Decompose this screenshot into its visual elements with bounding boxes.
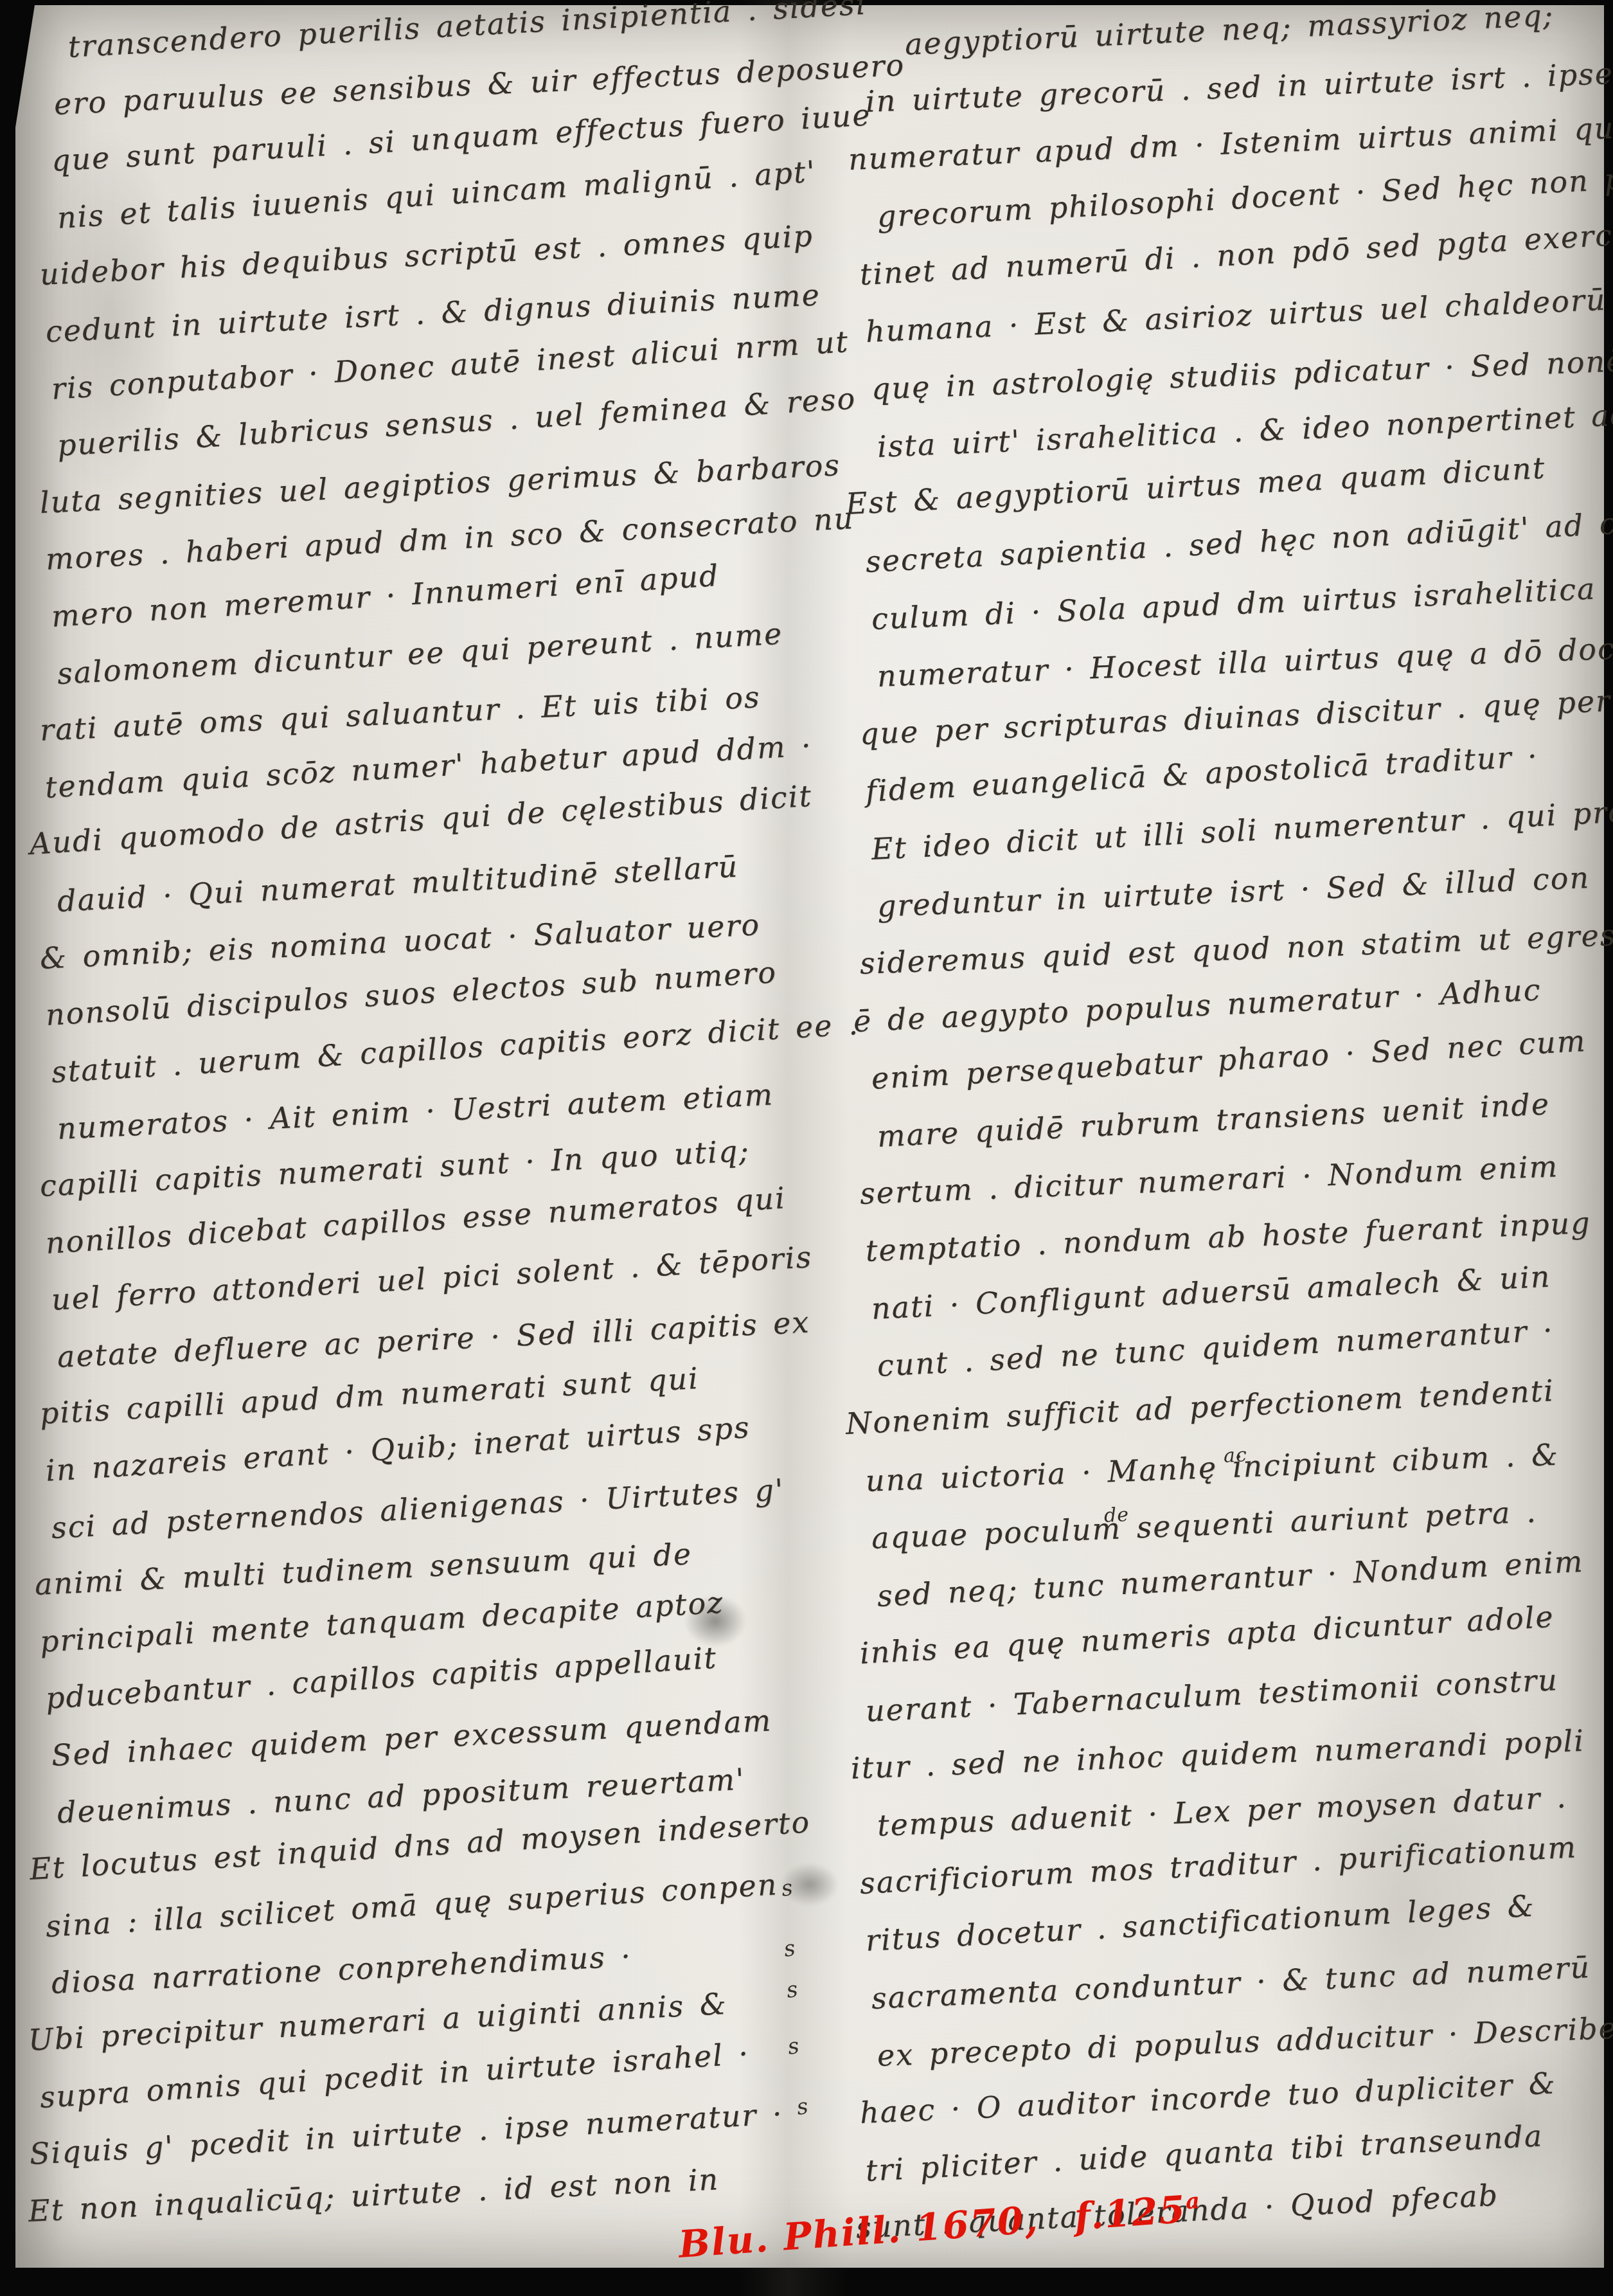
text-line: haec · O auditor incorde tuo dupliciter … — [859, 2068, 1556, 2128]
text-line: numeratur · Hocest illa uirtus quę a dō … — [877, 631, 1613, 691]
text-line: uerant · Tabernaculum testimonii constru — [865, 1665, 1559, 1726]
text-line: Et ideo dicit ut illi soli numerentur . … — [871, 796, 1613, 864]
text-line: dauid · Qui numerat multitudinē stellarū — [57, 852, 739, 916]
text-line: uidebor his dequibus scriptū est . omnes… — [39, 221, 814, 289]
text-line: diosa narratione conprehendimus · — [51, 1941, 632, 1998]
manuscript-scan: transcendero puerilis aetatis insipienti… — [0, 0, 1613, 2296]
text-line: Et non inqualicūq; uirtute . id est non … — [28, 2164, 720, 2226]
text-line: quę in astrologię studiis pdicatur · Sed… — [871, 346, 1613, 404]
text-line: numeratur apud dm · Istenim uirtus animi… — [848, 112, 1613, 174]
text-line: sacrificiorum mos traditur . purificatio… — [859, 1832, 1578, 1898]
text-line: numeratos · Ait enim · Uestri autem etia… — [57, 1080, 774, 1144]
text-line: Siquis g' pcedit in uirtute . ipse numer… — [29, 2099, 784, 2169]
text-line: cunt . sed ne tunc quidem numerantur · — [877, 1315, 1555, 1381]
text-line: sideremus quid est quod non statim ut eg… — [859, 920, 1613, 979]
text-line: mare quidē rubrum transiens uenit inde — [877, 1089, 1551, 1151]
text-line: sertum . dicitur numerari · Nondum enim — [859, 1151, 1559, 1208]
interlinear-gloss: de — [1103, 1503, 1130, 1527]
text-line: humana · Est & asirioz uirtus uel chalde… — [865, 285, 1607, 346]
text-line: salomonem dicuntur ee qui pereunt . nume — [57, 618, 784, 688]
left-text-column: transcendero puerilis aetatis insipienti… — [28, 23, 799, 2273]
text-line: sacramenta conduntur · & tunc ad numerū — [871, 1952, 1591, 2013]
text-line: rati autē oms qui saluantur . Et uis tib… — [39, 682, 761, 745]
text-line: sed neq; tunc numerantur · Nondum enim — [877, 1546, 1585, 1610]
text-line: tri pliciter . uide quanta tibi transeun… — [865, 2121, 1544, 2185]
text-line: tempus aduenit · Lex per moysen datur . — [877, 1782, 1567, 1840]
text-line: Sed inhaec quidem per excessum quendam — [51, 1705, 772, 1770]
text-line: secreta sapientia . sed hęc non adiūgit'… — [865, 507, 1613, 576]
text-line: fidem euangelicā & apostolicā traditur · — [865, 741, 1539, 806]
text-line: grecorum philosophi docent · Sed hęc non… — [877, 162, 1613, 231]
text-line: ex precepto di populus adducitur · Descr… — [877, 2013, 1613, 2070]
text-line: temptatio . nondum ab hoste fuerant inpu… — [865, 1208, 1591, 1266]
text-line: nati · Confligunt aduersū amalech & uin — [871, 1261, 1551, 1323]
text-line: sci ad psternendos alienigenas · Uirtute… — [51, 1475, 785, 1543]
interlinear-gloss: ac — [1223, 1444, 1247, 1467]
text-line: ritus docetur . sanctificationum leges & — [865, 1891, 1536, 1956]
text-line: mores . haberi apud dm in sco & consecra… — [45, 503, 855, 574]
shelfmark-folio-side: a — [1184, 2187, 1202, 2214]
text-line: in uirtute grecorū . sed in uirtute isrt… — [865, 58, 1613, 116]
text-line: Est & aegyptiorū uirtus mea quam dicunt — [845, 453, 1546, 519]
text-line: pducebantur . capillos capitis appellaui… — [45, 1643, 718, 1713]
text-line: sina : illa scilicet omā quę superius co… — [45, 1869, 779, 1941]
text-line: ista uirt' israhelitica . & ideo nonpert… — [877, 397, 1613, 462]
text-line: inhis ea quę numeris apta dicuntur adole — [859, 1602, 1555, 1668]
right-text-column: aegyptiorū uirtute neq; massyrioz neq;in… — [846, 22, 1604, 2278]
text-line: animi & multi tudinem sensuum qui de — [34, 1539, 693, 1599]
text-line: una uictoria · Manhę incipiunt cibum . & — [865, 1440, 1559, 1496]
text-line: ē de aegypto populus numeratur · Adhuc — [853, 974, 1542, 1036]
text-line: aquae poculum sequenti auriunt petra . — [871, 1497, 1537, 1553]
text-line: Nonenim sufficit ad perfectionem tendent… — [845, 1376, 1555, 1439]
text-line: greduntur in uirtute isrt · Sed & illud … — [877, 863, 1591, 921]
text-line: enim persequebatur pharao · Sed nec cum — [871, 1026, 1587, 1093]
shelfmark-folio: f.125 — [1073, 2187, 1188, 2239]
text-line: que per scripturas diuinas discitur . qu… — [859, 686, 1612, 749]
text-line: itur . sed ne inhoc quidem numerandi pop… — [850, 1726, 1585, 1783]
text-line: culum di · Sola apud dm uirtus israhelit… — [871, 574, 1596, 634]
